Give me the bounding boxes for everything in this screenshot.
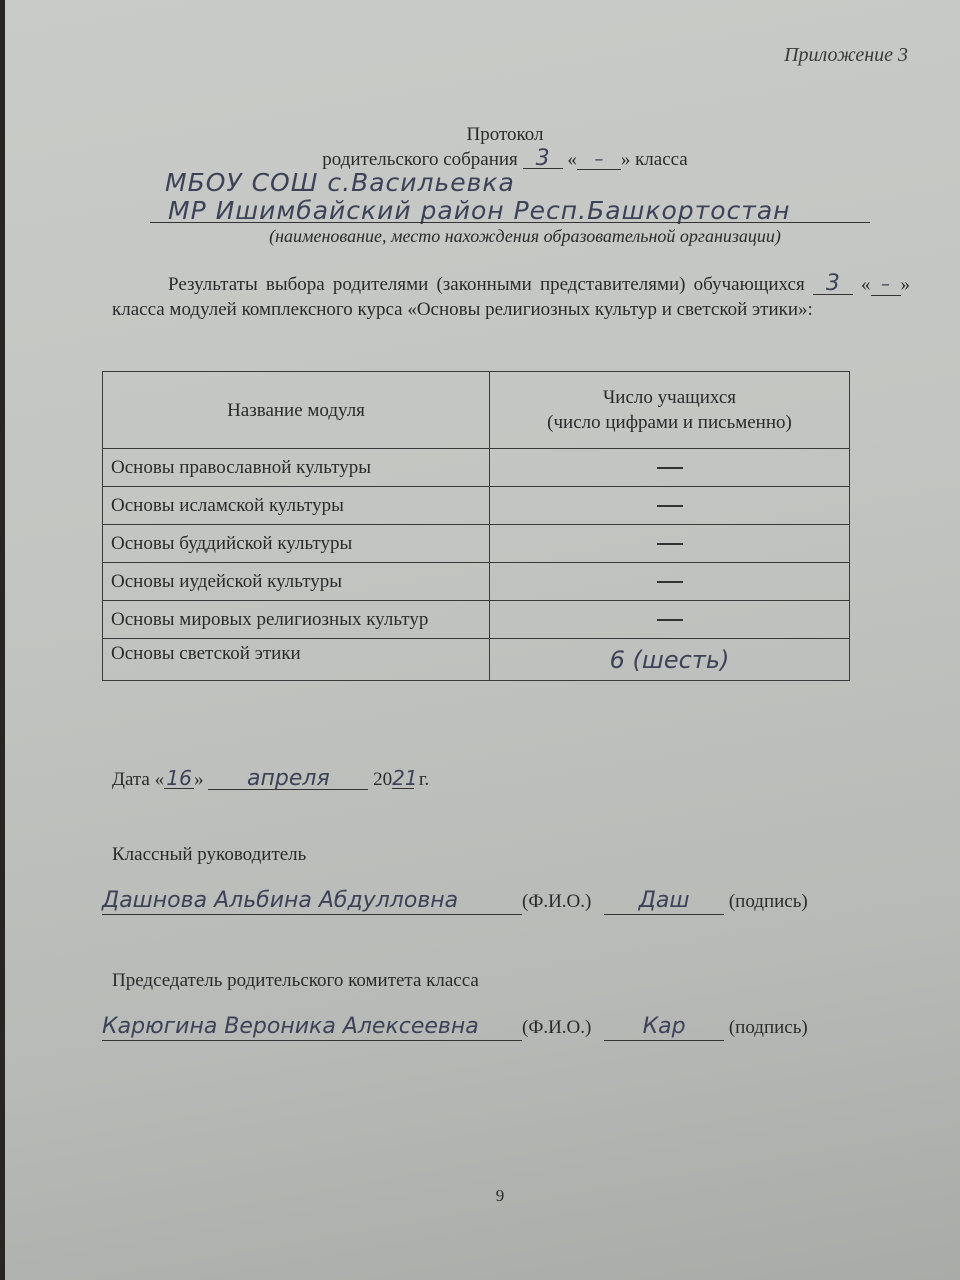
photo-edge: [0, 0, 5, 1280]
dash-mark: [657, 619, 683, 621]
chairman-signature-label: (подпись): [729, 1017, 808, 1038]
page-number: 9: [0, 1186, 960, 1206]
teacher-fio-label: (Ф.И.О.): [522, 891, 591, 912]
student-count: 6 (шесть): [490, 639, 850, 681]
date-label: Дата: [112, 769, 150, 790]
class-letter-field: –: [577, 151, 621, 170]
date-year-suffix: 21: [392, 768, 414, 789]
dash-mark: [657, 543, 683, 545]
module-name: Основы светской этики: [103, 639, 490, 681]
module-name: Основы буддийской культуры: [103, 525, 490, 563]
table-row: Основы иудейской культуры: [103, 563, 850, 601]
teacher-signature: Даш: [604, 888, 724, 915]
student-count: [490, 563, 850, 601]
teacher-signature-label: (подпись): [729, 891, 808, 912]
chairman-name: Карюгина Вероника Алексеевна: [102, 1014, 522, 1041]
student-count: [490, 487, 850, 525]
teacher-name: Дашнова Альбина Абдулловна: [102, 888, 522, 915]
table-row: Основы православной культуры: [103, 449, 850, 487]
date-line: Дата «16» апреля 2021 г.: [112, 768, 429, 791]
date-year-prefix: 20: [373, 769, 392, 790]
module-results-table: Название модуля Число учащихся (число ци…: [102, 371, 850, 681]
chairman-signature: Кар: [604, 1014, 724, 1041]
table-row: Основы мировых религиозных культур: [103, 601, 850, 639]
teacher-signature-row: Дашнова Альбина Абдулловна(Ф.И.О.) Даш (…: [102, 888, 808, 915]
meeting-prefix: родительского собрания: [322, 149, 518, 170]
table-row: Основы светской этики 6 (шесть): [103, 639, 850, 681]
meeting-suffix: класса: [635, 149, 688, 170]
table-row: Основы буддийской культуры: [103, 525, 850, 563]
header-count-line1: Число учащихся: [498, 385, 841, 410]
dash-mark: [657, 581, 683, 583]
intro-text2: класса модулей комплексного курса «Основ…: [112, 299, 813, 320]
table-row: Основы исламской культуры: [103, 487, 850, 525]
chairman-fio-label: (Ф.И.О.): [522, 1017, 591, 1038]
intro-grade-field: 3: [813, 274, 853, 295]
module-name: Основы иудейской культуры: [103, 563, 490, 601]
date-unit: г.: [419, 769, 429, 790]
grade-field: 3: [523, 150, 563, 169]
header-count-line2: (число цифрами и письменно): [498, 410, 841, 435]
appendix-label: Приложение 3: [784, 44, 908, 67]
table-header-row: Название модуля Число учащихся (число ци…: [103, 372, 850, 449]
intro-text1: Результаты выбора родителями (законными …: [112, 274, 805, 295]
organization-caption: (наименование, место нахождения образова…: [0, 226, 960, 247]
document-title: Протокол: [0, 124, 960, 146]
date-month: апреля: [208, 769, 368, 790]
organization-underline: [150, 222, 870, 223]
student-count: [490, 525, 850, 563]
teacher-label: Классный руководитель: [112, 844, 306, 866]
student-count: [490, 601, 850, 639]
student-count: [490, 449, 850, 487]
date-day: 16: [164, 768, 194, 789]
header-count: Число учащихся (число цифрами и письменн…: [490, 372, 850, 449]
dash-mark: [657, 467, 683, 469]
chairman-signature-row: Карюгина Вероника Алексеевна(Ф.И.О.) Кар…: [102, 1014, 808, 1041]
dash-mark: [657, 505, 683, 507]
intro-paragraph: Результаты выбора родителями (законными …: [112, 272, 910, 322]
module-name: Основы исламской культуры: [103, 487, 490, 525]
chairman-label: Председатель родительского комитета клас…: [112, 970, 479, 992]
organization-name-line2: МР Ишимбайский район Респ.Башкортостан: [168, 196, 791, 225]
module-name: Основы православной культуры: [103, 449, 490, 487]
module-name: Основы мировых религиозных культур: [103, 601, 490, 639]
header-module: Название модуля: [103, 372, 490, 449]
organization-name-line1: МБОУ СОШ с.Васильевка: [165, 168, 515, 197]
intro-letter-field: –: [871, 275, 901, 296]
